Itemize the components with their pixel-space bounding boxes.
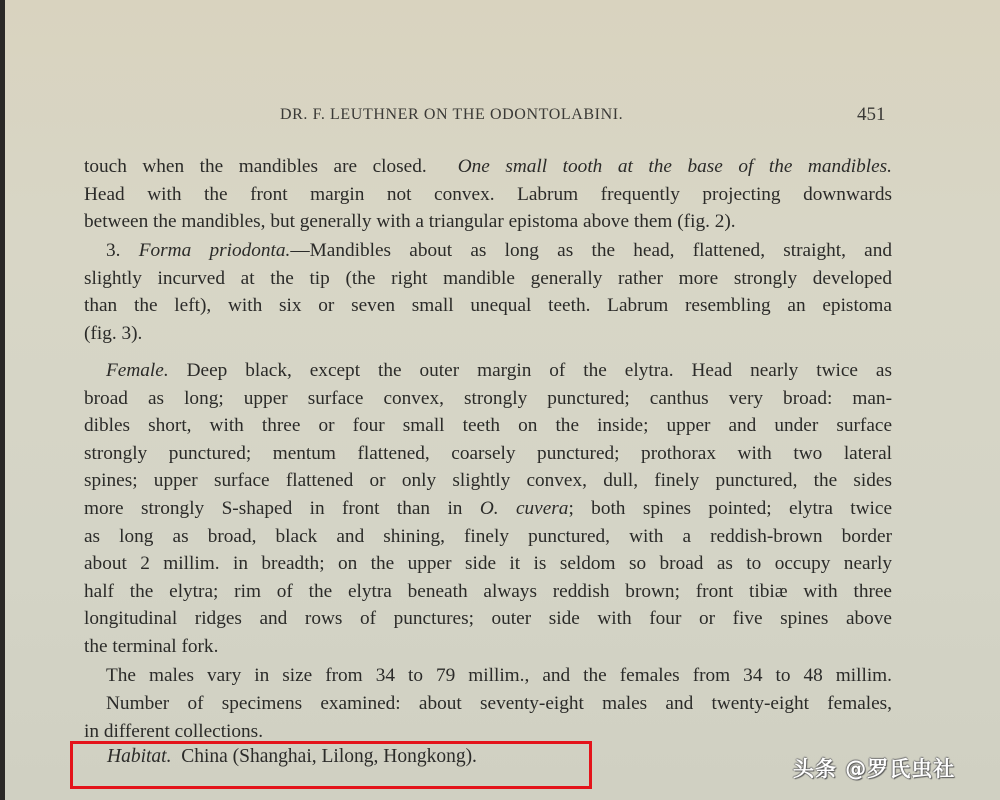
text-line: strongly punctured; mentum flattened, co…	[84, 440, 892, 468]
text-line: as long as broad, black and shining, fin…	[84, 523, 892, 551]
text-line: The males vary in size from 34 to 79 mil…	[84, 662, 892, 690]
paragraph-female: Female. Deep black, except the outer mar…	[84, 357, 892, 661]
text-line: more strongly S-shaped in front than in …	[84, 495, 892, 523]
scan-edge-shadow	[0, 0, 5, 800]
paragraph-specimens: Number of specimens examined: about seve…	[84, 690, 892, 745]
text-line: the terminal fork.	[84, 633, 892, 661]
text-line: longitudinal ridges and rows of puncture…	[84, 605, 892, 633]
italic-species: O. cuvera	[480, 498, 569, 519]
italic-label-habitat: Habitat.	[107, 746, 171, 767]
text-line: touch when the mandibles are closed. One…	[84, 153, 892, 181]
text-line: 3. Forma priodonta.—Mandibles about as l…	[84, 237, 892, 265]
paragraph-continuation: touch when the mandibles are closed. One…	[84, 153, 892, 236]
text-line: Female. Deep black, except the outer mar…	[84, 357, 892, 385]
text-line: half the elytra; rim of the elytra benea…	[84, 578, 892, 606]
text-line: than the left), with six or seven small …	[84, 292, 892, 320]
italic-phrase: One small tooth at the base of the mandi…	[458, 156, 892, 177]
text-line: dibles short, with three or four small t…	[84, 412, 892, 440]
text-line: about 2 millim. in breadth; on the upper…	[84, 550, 892, 578]
running-head: DR. F. LEUTHNER ON THE ODONTOLABINI.	[280, 106, 623, 124]
italic-label-female: Female.	[106, 360, 169, 381]
paragraph-forma-priodonta: 3. Forma priodonta.—Mandibles about as l…	[84, 237, 892, 347]
habitat-text: China (Shanghai, Lilong, Hongkong).	[181, 746, 477, 767]
italic-term: Forma priodonta.	[139, 240, 291, 261]
text-line: Head with the front margin not convex. L…	[84, 181, 892, 209]
text-line: spines; upper surface flattened or only …	[84, 467, 892, 495]
paragraph-size: The males vary in size from 34 to 79 mil…	[84, 662, 892, 690]
text-line: slightly incurved at the tip (the right …	[84, 265, 892, 293]
text-line: Number of specimens examined: about seve…	[84, 690, 892, 718]
text-line: (fig. 3).	[84, 320, 892, 348]
habitat-line: Habitat. China (Shanghai, Lilong, Hongko…	[107, 746, 477, 768]
text-line: broad as long; upper surface convex, str…	[84, 385, 892, 413]
text-line: between the mandibles, but generally wit…	[84, 208, 892, 236]
watermark: 头条 @罗氏虫社	[793, 753, 955, 783]
page-number: 451	[857, 104, 886, 126]
